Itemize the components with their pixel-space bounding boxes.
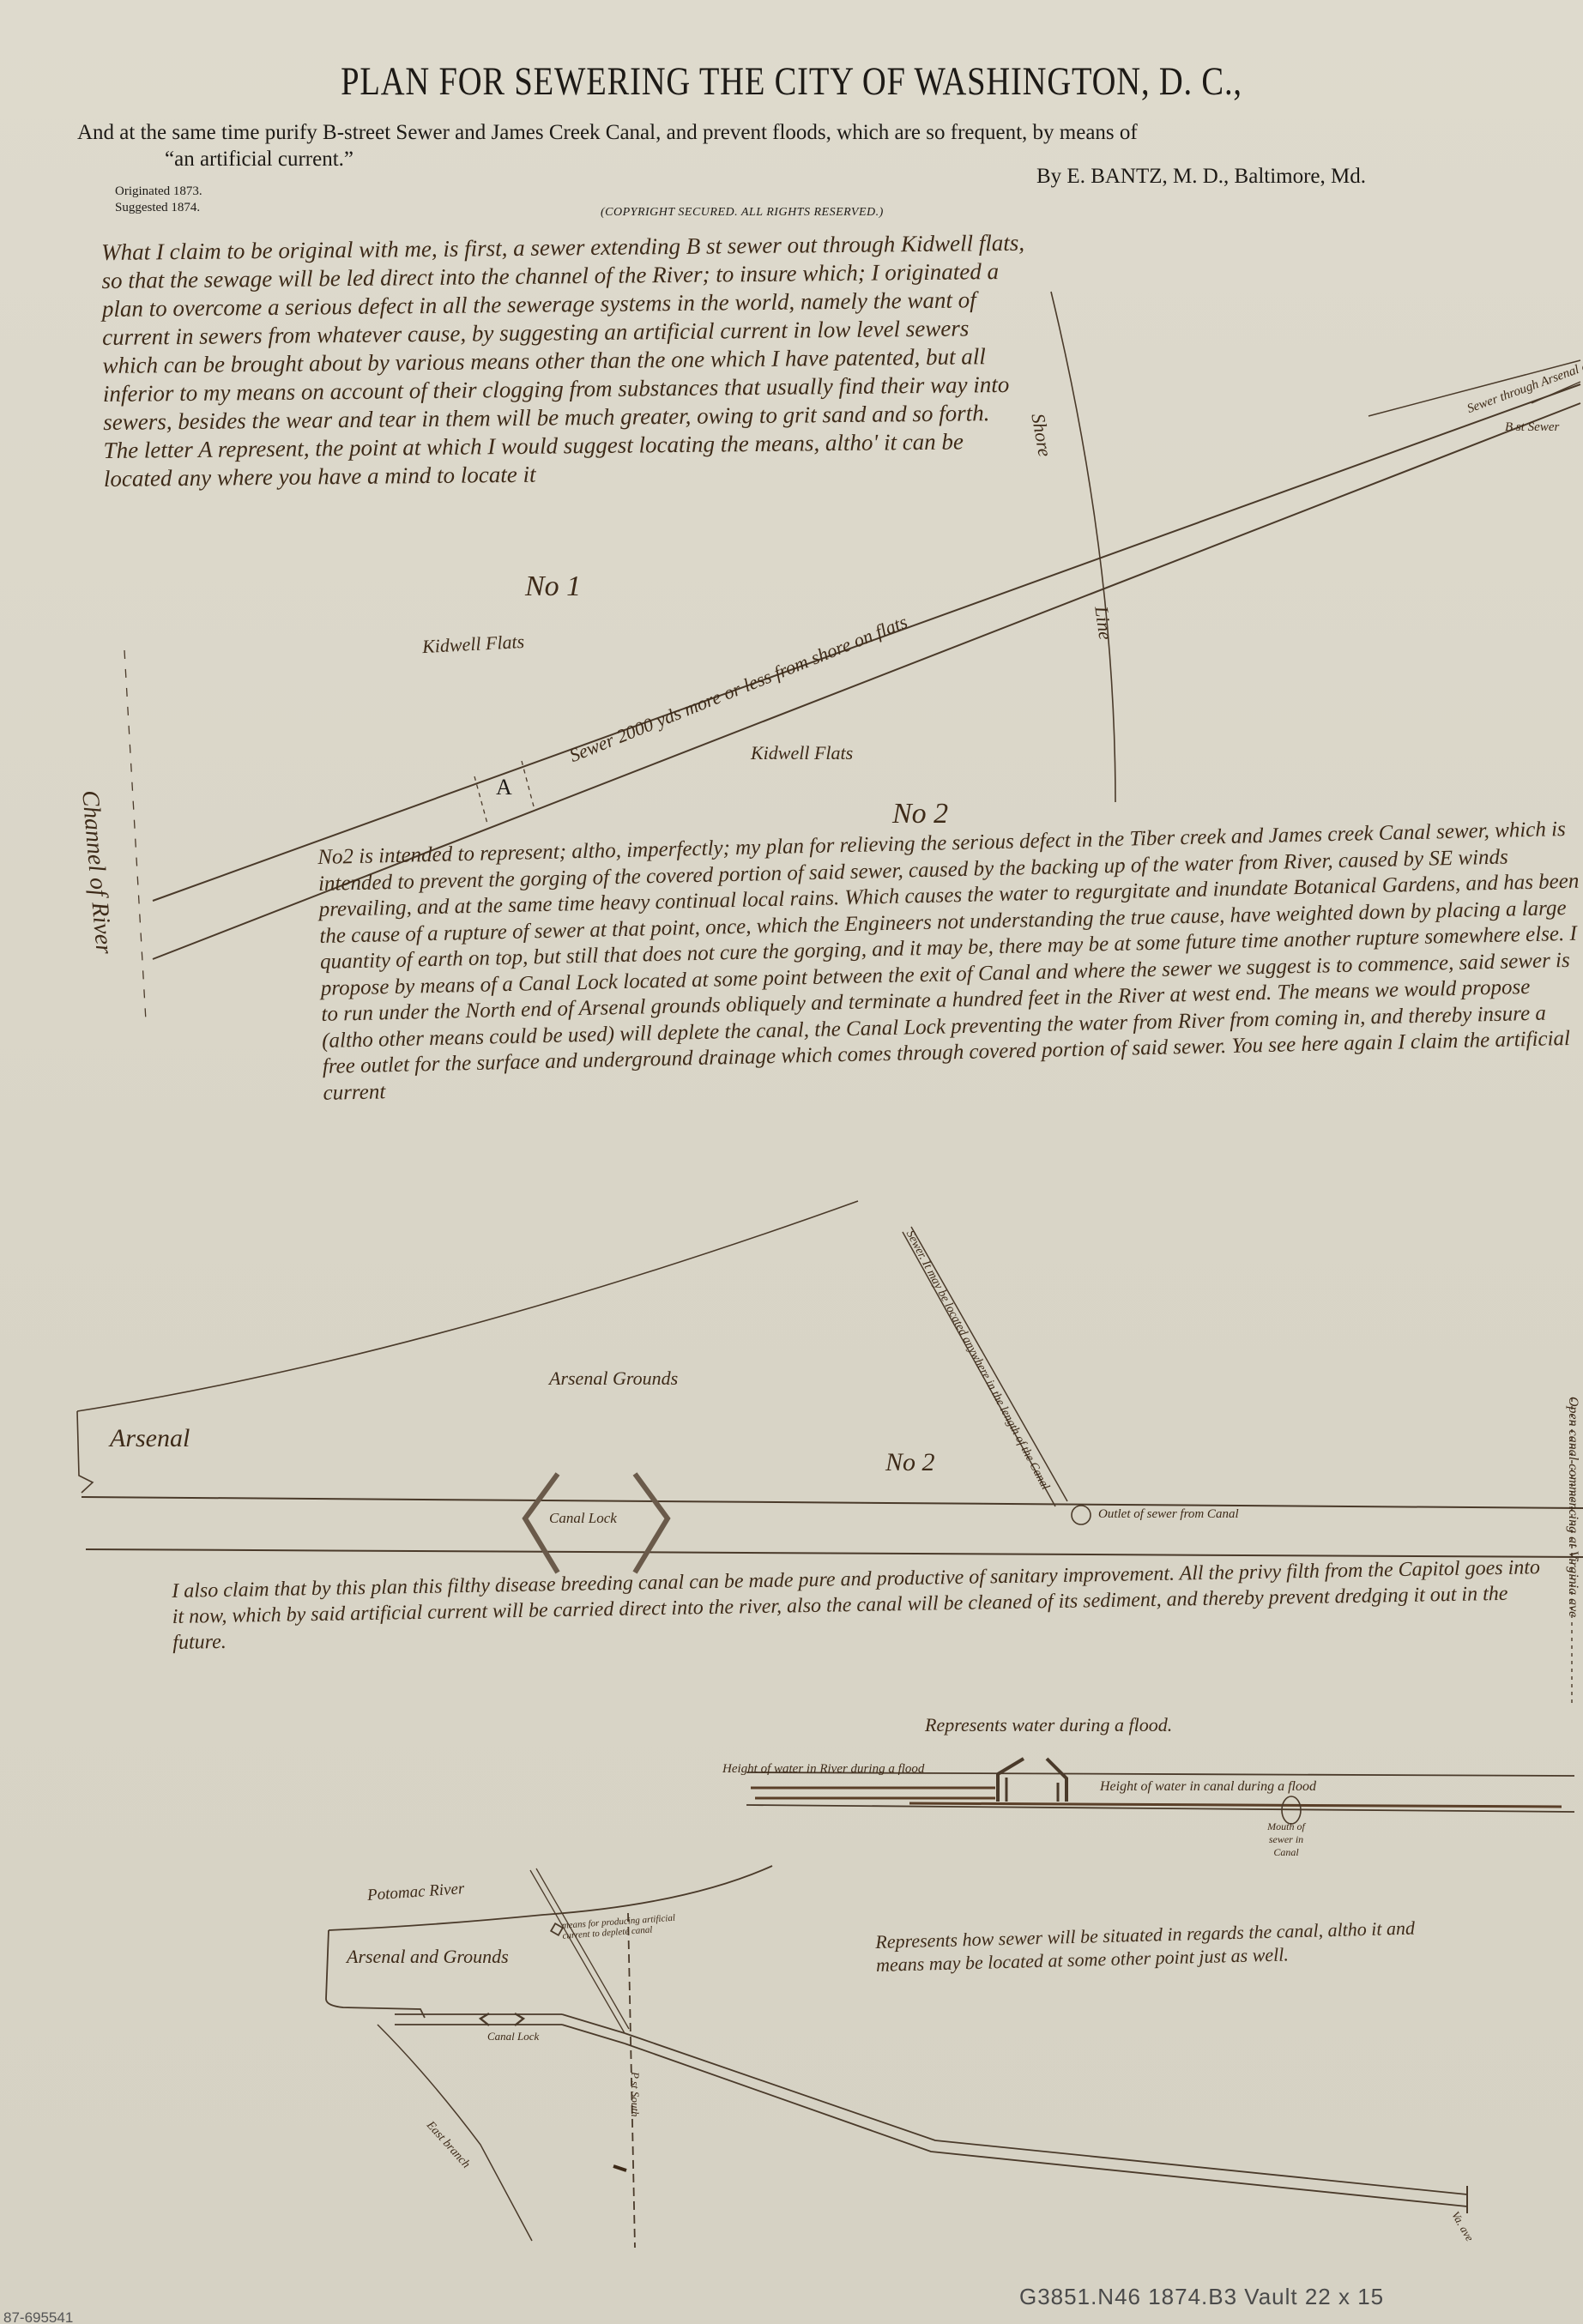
b-st-sewer-label: B st Sewer — [1505, 420, 1559, 435]
kidwell-flats-lower-label: Kidwell Flats — [751, 742, 853, 764]
sewer-mouth-label: Mouth of sewer in Canal — [1256, 1820, 1316, 1859]
catalog-number: G3851.N46 1874.B3 Vault 22 x 15 — [1019, 2284, 1384, 2310]
canal-lock-label: Canal Lock — [549, 1510, 617, 1527]
no2-paragraph: No2 is intended to represent; altho, imp… — [317, 817, 1583, 1107]
flood-caption: Represents water during a flood. — [925, 1714, 1172, 1736]
point-a-label: A — [496, 775, 512, 800]
accession-number: 87-695541 — [3, 2309, 73, 2324]
map2-heading-top: No 2 — [892, 798, 948, 830]
map1-heading: No 1 — [525, 570, 581, 603]
lower-canal-lock-label: Canal Lock — [487, 2030, 539, 2043]
outlet-circle — [1072, 1506, 1091, 1524]
arsenal-grounds-label: Arsenal Grounds — [549, 1367, 678, 1390]
claim-paragraph: What I claim to be original with me, is … — [101, 229, 1030, 493]
shore-line — [1051, 292, 1115, 802]
shore-line-label: Line — [1090, 605, 1116, 641]
canal-height-label: Height of water in canal during a flood — [1100, 1779, 1316, 1795]
arsenal-and-grounds-label: Arsenal and Grounds — [347, 1946, 509, 1968]
outlet-label: Outlet of sewer from Canal — [1098, 1507, 1239, 1522]
map2-heading: No 2 — [885, 1448, 935, 1477]
p-st-label: P st South — [628, 2072, 642, 2117]
arsenal-label: Arsenal — [110, 1424, 190, 1453]
open-canal-label: Open canal commencing at Virginia ave — [1565, 1397, 1580, 1617]
river-height-label: Height of water in River during a flood — [722, 1762, 924, 1777]
